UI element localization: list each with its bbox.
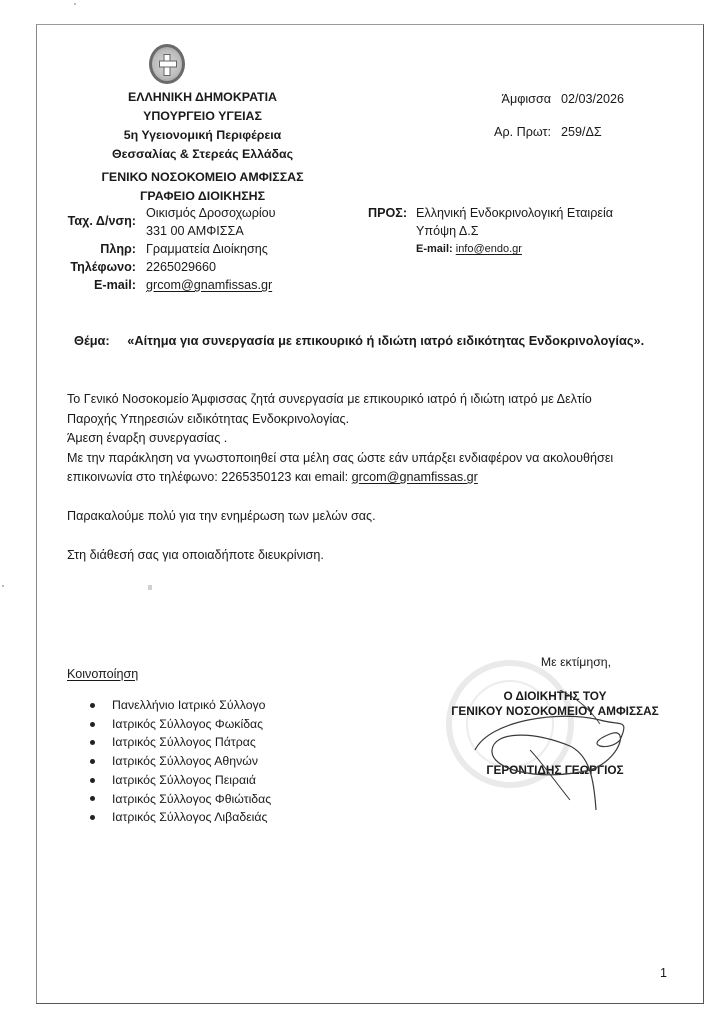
contact-email-link[interactable]: grcom@gnamfissas.gr [352, 470, 478, 484]
address-label: Ταχ. Δ/νση: [62, 204, 146, 240]
recipient-email-label: E-mail: [416, 243, 453, 255]
body-line: Παρακαλούμε πολύ για την ενημέρωση των μ… [67, 507, 687, 527]
sender-email-link[interactable]: grcom@gnamfissas.gr [146, 276, 272, 294]
bullet-icon [90, 722, 95, 727]
body-line: Άμεση έναρξη συνεργασίας . [67, 429, 687, 449]
cc-list: Πανελλήνιο Ιατρικό Σύλλογο Ιατρικός Σύλλ… [90, 696, 271, 827]
recipient-details: ΠΡΟΣ: Ελληνική Ενδοκρινολογική Εταιρεία … [368, 204, 613, 258]
body-line: Στη διάθεσή σας για οποιαδήποτε διευκρίν… [67, 546, 687, 566]
body-line: Το Γενικό Νοσοκομείο Άμφισσας ζητά συνερ… [67, 390, 687, 410]
address-line: 331 00 ΑΜΦΙΣΣΑ [146, 222, 276, 240]
header-line: 5η Υγειονομική Περιφέρεια [80, 126, 325, 145]
subject-text: «Αίτημα για συνεργασία με επικουρικό ή ι… [127, 333, 644, 348]
recipient-label: ΠΡΟΣ: [368, 204, 416, 258]
signatory-name: ΓΕΡΟΝΤΙΔΗΣ ΓΕΩΡΓΙΟΣ [430, 763, 680, 777]
info-value: Γραμματεία Διοίκησης [146, 240, 268, 258]
bullet-icon [90, 815, 95, 820]
bullet-icon [90, 703, 95, 708]
cc-title: Κοινοποίηση [67, 667, 138, 681]
cc-item: Ιατρικός Σύλλογος Πειραιά [90, 771, 271, 790]
scan-speck [74, 3, 76, 5]
cc-item-label: Ιατρικός Σύλλογος Πάτρας [112, 733, 256, 752]
signatory-title: Ο ΔΙΟΙΚΗΤΗΣ ΤΟΥ [430, 689, 680, 703]
document-date: 02/03/2026 [561, 92, 624, 125]
bullet-icon [90, 778, 95, 783]
cc-item: Ιατρικός Σύλλογος Αθηνών [90, 752, 271, 771]
body-line: Παροχής Υπηρεσιών ειδικότητας Ενδοκρινολ… [67, 410, 687, 430]
cc-item-label: Ιατρικός Σύλλογος Πειραιά [112, 771, 256, 790]
cc-item-label: Πανελλήνιο Ιατρικό Σύλλογο [112, 696, 266, 715]
cc-item-label: Ιατρικός Σύλλογος Αθηνών [112, 752, 258, 771]
contact-text: επικοινωνία στο τηλέφωνο: 2265350123 και… [67, 470, 352, 484]
cc-item: Ιατρικός Σύλλογος Φωκίδας [90, 715, 271, 734]
document-meta: Άμφισσα 02/03/2026 Αρ. Πρωτ: 259/ΔΣ [476, 92, 624, 158]
protocol-label: Αρ. Πρωτ: [476, 125, 561, 158]
phone-label: Τηλέφωνο: [62, 258, 146, 276]
bullet-icon [90, 740, 95, 745]
place-label: Άμφισσα [476, 92, 561, 125]
cc-item-label: Ιατρικός Σύλλογος Φωκίδας [112, 715, 263, 734]
bullet-icon [90, 759, 95, 764]
cc-item: Πανελλήνιο Ιατρικό Σύλλογο [90, 696, 271, 715]
body-line: Με την παράκληση να γνωστοποιηθεί στα μέ… [67, 449, 687, 469]
email-label: E-mail: [62, 276, 146, 294]
cc-item-label: Ιατρικός Σύλλογος Φθιώτιδας [112, 790, 271, 809]
bullet-icon [90, 796, 95, 801]
letter-body: Το Γενικό Νοσοκομείο Άμφισσας ζητά συνερ… [67, 390, 687, 566]
subject-label: Θέμα: [74, 333, 110, 348]
body-line: επικοινωνία στο τηλέφωνο: 2265350123 και… [67, 468, 687, 488]
cc-item: Ιατρικός Σύλλογος Φθιώτιδας [90, 790, 271, 809]
recipient-attention: Υπόψη Δ.Σ [416, 222, 613, 240]
closing-greeting: Με εκτίμηση, [472, 655, 680, 669]
protocol-number: 259/ΔΣ [561, 125, 602, 158]
signatory-title: ΓΕΝΙΚΟΥ ΝΟΣΟΚΟΜΕΙΟΥ ΑΜΦΙΣΣΑΣ [430, 703, 680, 719]
scan-artifact [148, 585, 152, 590]
info-label: Πληρ: [62, 240, 146, 258]
sender-details: Ταχ. Δ/νση: Οικισμός Δροσοχωρίου 331 00 … [62, 204, 276, 294]
header-line: ΕΛΛΗΝΙΚΗ ΔΗΜΟΚΡΑΤΙΑ [80, 88, 325, 107]
cc-item-label: Ιατρικός Σύλλογος Λιβαδειάς [112, 808, 267, 827]
cc-item: Ιατρικός Σύλλογος Πάτρας [90, 733, 271, 752]
greek-coat-of-arms-icon [149, 44, 185, 84]
page-number: 1 [660, 966, 667, 980]
cc-item: Ιατρικός Σύλλογος Λιβαδειάς [90, 808, 271, 827]
header-line: ΥΠΟΥΡΓΕΙΟ ΥΓΕΙΑΣ [80, 107, 325, 126]
address-line: Οικισμός Δροσοχωρίου [146, 204, 276, 222]
header-line: ΓΕΝΙΚΟ ΝΟΣΟΚΟΜΕΙΟ ΑΜΦΙΣΣΑΣ [80, 168, 325, 187]
recipient-name: Ελληνική Ενδοκρινολογική Εταιρεία [416, 204, 613, 222]
scan-speck [2, 585, 4, 587]
organization-header: ΕΛΛΗΝΙΚΗ ΔΗΜΟΚΡΑΤΙΑ ΥΠΟΥΡΓΕΙΟ ΥΓΕΙΑΣ 5η … [80, 88, 325, 206]
signature-block: Με εκτίμηση, Ο ΔΙΟΙΚΗΤΗΣ ΤΟΥ ΓΕΝΙΚΟΥ ΝΟΣ… [430, 655, 680, 777]
recipient-email-link[interactable]: info@endo.gr [456, 243, 522, 255]
phone-value: 2265029660 [146, 258, 216, 276]
header-line: Θεσσαλίας & Στερεάς Ελλάδας [80, 145, 325, 164]
subject-line: Θέμα: «Αίτημα για συνεργασία με επικουρι… [74, 333, 644, 348]
